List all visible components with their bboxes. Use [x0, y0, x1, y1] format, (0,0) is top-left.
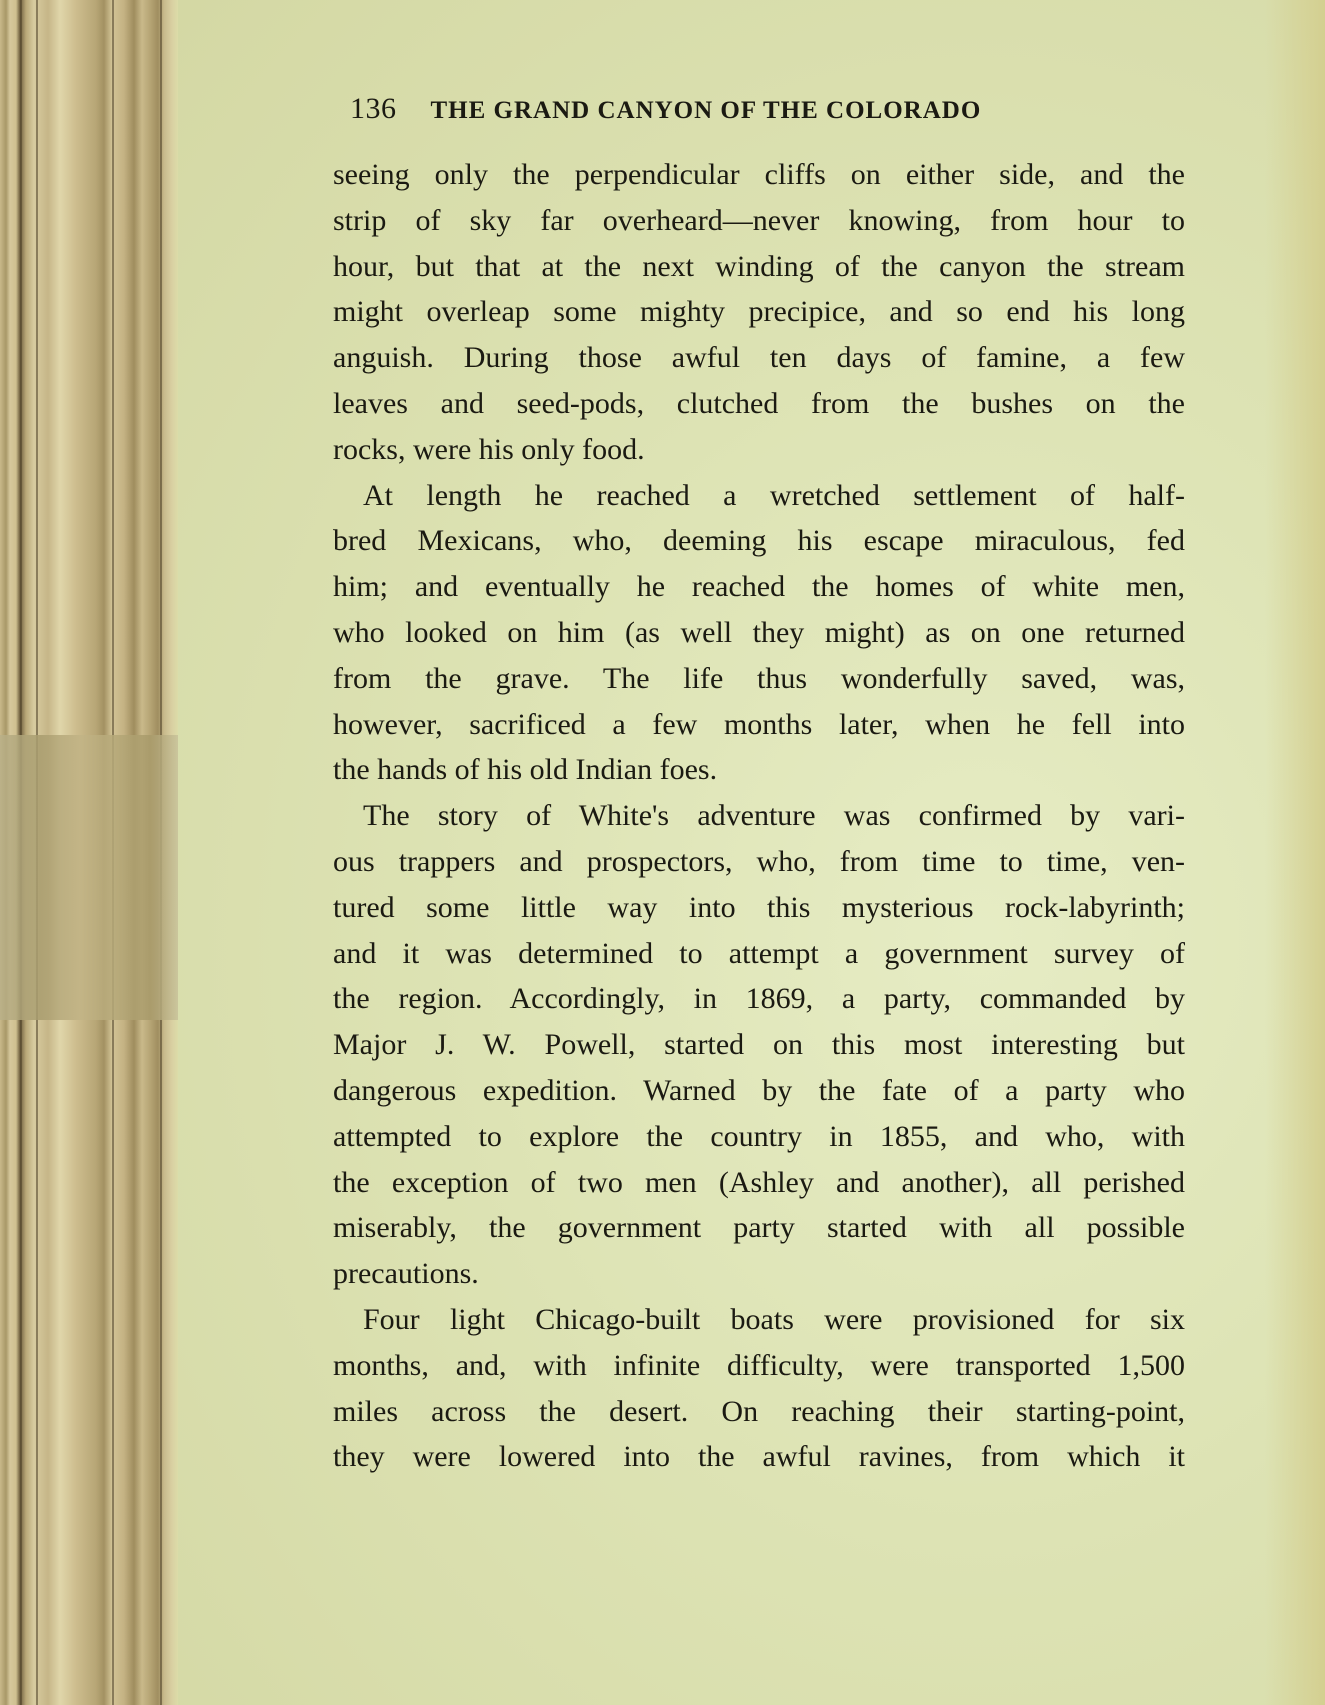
text-line: leaves and seed-pods, clutched from the … — [333, 381, 1185, 427]
text-line: Four light Chicago-built boats were prov… — [333, 1297, 1185, 1343]
text-line: him; and eventually he reached the homes… — [333, 564, 1185, 610]
text-line: strip of sky far overheard—never knowing… — [333, 198, 1185, 244]
text-line: miles across the desert. On reaching the… — [333, 1389, 1185, 1435]
text-line: the region. Accordingly, in 1869, a part… — [333, 976, 1185, 1022]
text-line: hour, but that at the next winding of th… — [333, 244, 1185, 290]
text-line: months, and, with infinite difficulty, w… — [333, 1343, 1185, 1389]
text-line: ous trappers and prospectors, who, from … — [333, 839, 1185, 885]
text-line: from the grave. The life thus wonderfull… — [333, 656, 1185, 702]
paragraph: At length he reached a wretched settleme… — [333, 473, 1185, 794]
text-line: the exception of two men (Ashley and ano… — [333, 1160, 1185, 1206]
page-edge-shadow-band — [0, 735, 178, 1020]
running-head-title: THE GRAND CANYON OF THE COLORADO — [431, 97, 982, 125]
text-line: they were lowered into the awful ravines… — [333, 1434, 1185, 1480]
text-line: anguish. During those awful ten days of … — [333, 335, 1185, 381]
text-line: The story of White's adventure was confi… — [333, 793, 1185, 839]
book-page-edges — [0, 0, 178, 1705]
text-line: Major J. W. Powell, started on this most… — [333, 1022, 1185, 1068]
text-line: bred Mexicans, who, deeming his escape m… — [333, 518, 1185, 564]
running-head: 136 THE GRAND CANYON OF THE COLORADO — [350, 92, 1110, 126]
page-number: 136 — [350, 92, 397, 126]
text-line: might overleap some mighty precipice, an… — [333, 289, 1185, 335]
paragraph: The story of White's adventure was confi… — [333, 793, 1185, 1297]
text-line: rocks, were his only food. — [333, 427, 1185, 473]
text-line: dangerous expedition. Warned by the fate… — [333, 1068, 1185, 1114]
body-text: seeing only the perpendicular cliffs on … — [333, 152, 1185, 1480]
text-line: attempted to explore the country in 1855… — [333, 1114, 1185, 1160]
text-line: who looked on him (as well they might) a… — [333, 610, 1185, 656]
text-line: the hands of his old Indian foes. — [333, 747, 1185, 793]
text-line: however, sacrificed a few months later, … — [333, 702, 1185, 748]
text-line: tured some little way into this mysterio… — [333, 885, 1185, 931]
text-line: precautions. — [333, 1251, 1185, 1297]
text-line: At length he reached a wretched settleme… — [333, 473, 1185, 519]
text-line: miserably, the government party started … — [333, 1205, 1185, 1251]
paragraph: seeing only the perpendicular cliffs on … — [333, 152, 1185, 473]
text-line: seeing only the perpendicular cliffs on … — [333, 152, 1185, 198]
paragraph: Four light Chicago-built boats were prov… — [333, 1297, 1185, 1480]
text-line: and it was determined to attempt a gover… — [333, 931, 1185, 977]
